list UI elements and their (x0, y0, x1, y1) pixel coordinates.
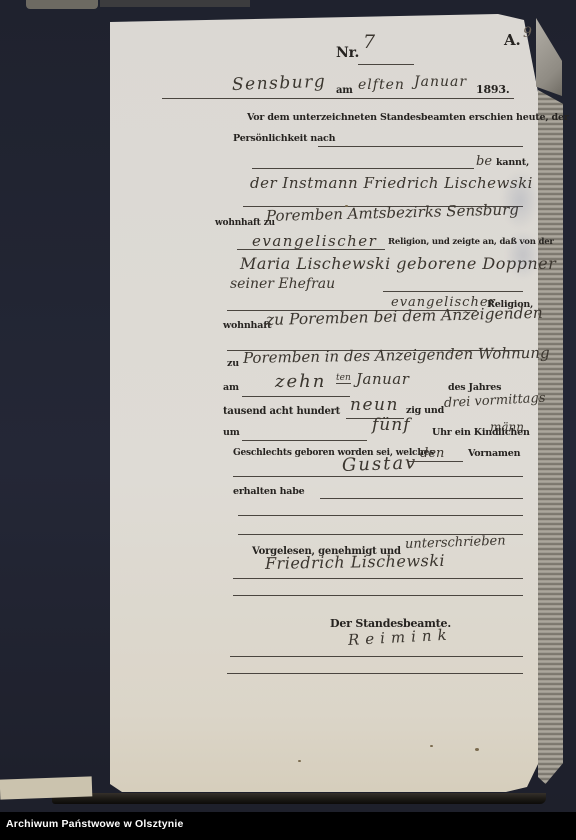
paper-speck (430, 745, 433, 747)
dateline-day-handwritten: elften (358, 78, 405, 92)
erhalten-habe-label: erhalten habe (233, 487, 305, 497)
dateline-month-handwritten: Januar (414, 75, 467, 89)
ruled-line (242, 396, 350, 397)
corner-annotation: 9 (523, 26, 532, 40)
dateline-year: 1893. (476, 84, 509, 96)
archive-caption-bar: Archiwum Państwowe w Olsztynie (0, 812, 576, 840)
ink-bleed-mark (500, 170, 540, 230)
bekannt-suffix: kannt, (496, 158, 529, 168)
ruled-line (318, 146, 523, 147)
ruled-line (252, 168, 474, 169)
paper-speck (345, 205, 348, 207)
record-number-label: Nr. (336, 46, 359, 61)
birth-day-handwritten: zehn (275, 373, 326, 391)
uhr-ein-kind-label: Uhr ein Kind (432, 428, 498, 438)
page-stack-fore-edge (538, 90, 563, 784)
dateline-am: am (336, 85, 353, 96)
ruled-line (320, 498, 523, 499)
um-label: um (223, 428, 240, 438)
ruled-line (242, 440, 367, 441)
unterschrieben-handwritten: unterschrieben (405, 534, 506, 551)
vornamen-label: Vornamen (468, 449, 520, 459)
ruled-line (358, 64, 414, 65)
record-number-value: 7 (363, 33, 375, 52)
bekannt-prefix-handwritten: be (476, 155, 492, 168)
birth-month-handwritten: Januar (356, 372, 409, 387)
paper-speck (475, 748, 479, 751)
facing-page-edge (0, 7, 105, 796)
ink-bleed-mark (505, 230, 541, 280)
form-persoenlichkeit-label: Persönlichkeit nach (233, 134, 335, 144)
top-binding-shadow (100, 0, 250, 7)
religion-handwritten: evangelischer (252, 234, 377, 249)
corner-letter: A. (504, 32, 520, 49)
ruled-line (233, 476, 523, 477)
declarant-name-handwritten: der Instmann Friedrich Lischewski (250, 176, 533, 191)
year-decade-handwritten: neun (350, 397, 399, 414)
form-intro-line: Vor dem unterzeichneten Standesbeamten e… (247, 113, 569, 123)
wohnhaft-label: wohnhaft (223, 321, 271, 331)
top-page-edge (26, 0, 98, 9)
ruled-line (233, 595, 523, 596)
ruled-line (233, 578, 523, 579)
day-suffix-handwritten: ten (336, 374, 351, 384)
dateline-place-handwritten: Sensburg (232, 74, 327, 94)
book-cover-edge (52, 793, 546, 804)
bottom-page-sliver (0, 776, 92, 799)
den-handwritten: den (420, 447, 444, 460)
child-name-handwritten: Gustav (342, 454, 418, 475)
declarant-signature: Friedrich Lischewski (265, 553, 445, 572)
paper-speck (298, 760, 301, 762)
tausend-label: tausend acht hundert (223, 406, 340, 417)
am-label: am (223, 383, 239, 393)
zu-label: zu (227, 359, 239, 369)
ruled-line (227, 673, 523, 674)
ehefrau-handwritten: seiner Ehefrau (230, 277, 335, 291)
ruled-line (162, 98, 514, 99)
zig-und-label: zig und (406, 406, 444, 416)
ruled-line (238, 515, 523, 516)
hour-handwritten: fünf (372, 417, 410, 434)
page-corner-bevel (536, 18, 562, 96)
ruled-line (230, 656, 523, 657)
lichen-label: lichen (498, 428, 530, 438)
ruled-line (383, 291, 523, 292)
archive-caption-text: Archiwum Państwowe w Olsztynie (6, 818, 184, 830)
des-jahres-label: des Jahres (448, 383, 501, 393)
scanned-register-photo: Nr. 7 A. 9 Sensburg am elften Januar 189… (0, 0, 576, 840)
